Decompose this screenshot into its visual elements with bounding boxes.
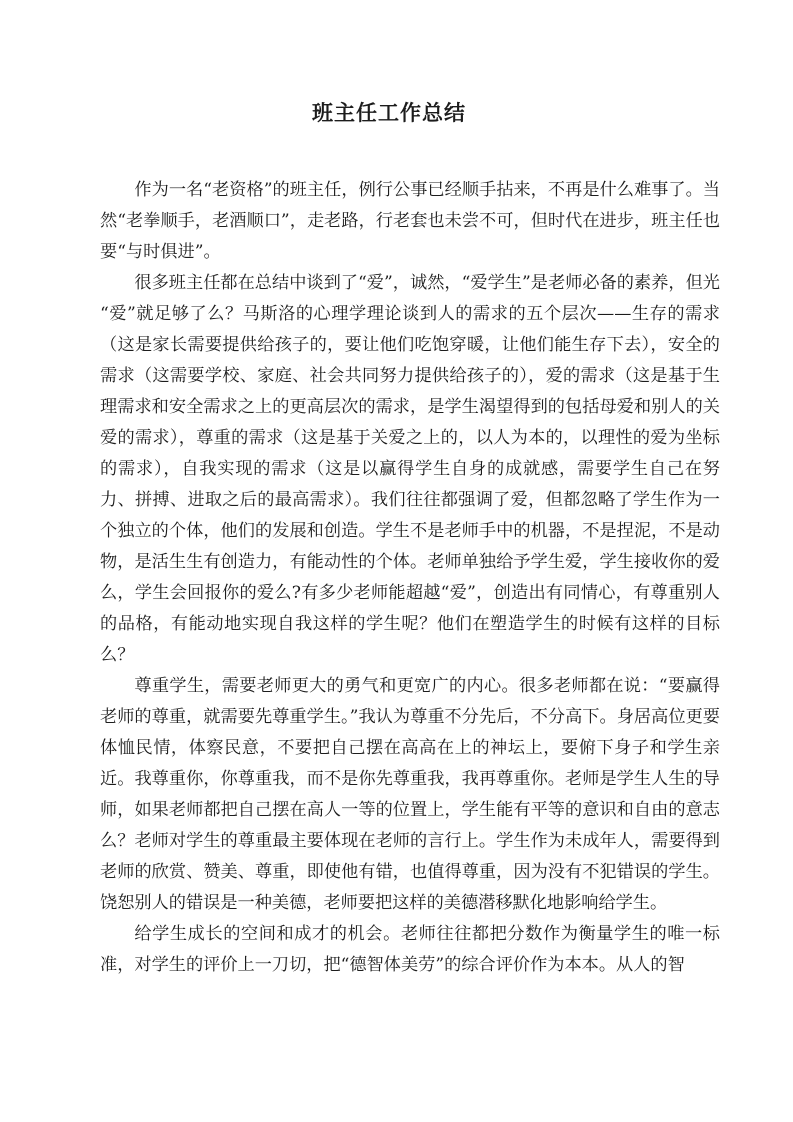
- paragraph: 尊重学生，需要老师更大的勇气和更宽广的内心。很多老师都在说：“要赢得老师的尊重，…: [100, 671, 720, 919]
- paragraph: 给学生成长的空间和成才的机会。老师往往都把分数作为衡量学生的唯一标准，对学生的评…: [100, 919, 720, 981]
- document-body: 作为一名“老资格”的班主任，例行公事已经顺手拈来，不再是什么难事了。当然“老拳顺…: [100, 175, 720, 981]
- document-title: 班主任工作总结: [79, 97, 699, 128]
- document-page: 班主任工作总结 作为一名“老资格”的班主任，例行公事已经顺手拈来，不再是什么难事…: [0, 0, 793, 1122]
- paragraph: 很多班主任都在总结中谈到了“爱”，诚然，“爱学生”是老师必备的素养，但光“爱”就…: [100, 268, 720, 671]
- paragraph: 作为一名“老资格”的班主任，例行公事已经顺手拈来，不再是什么难事了。当然“老拳顺…: [100, 175, 720, 268]
